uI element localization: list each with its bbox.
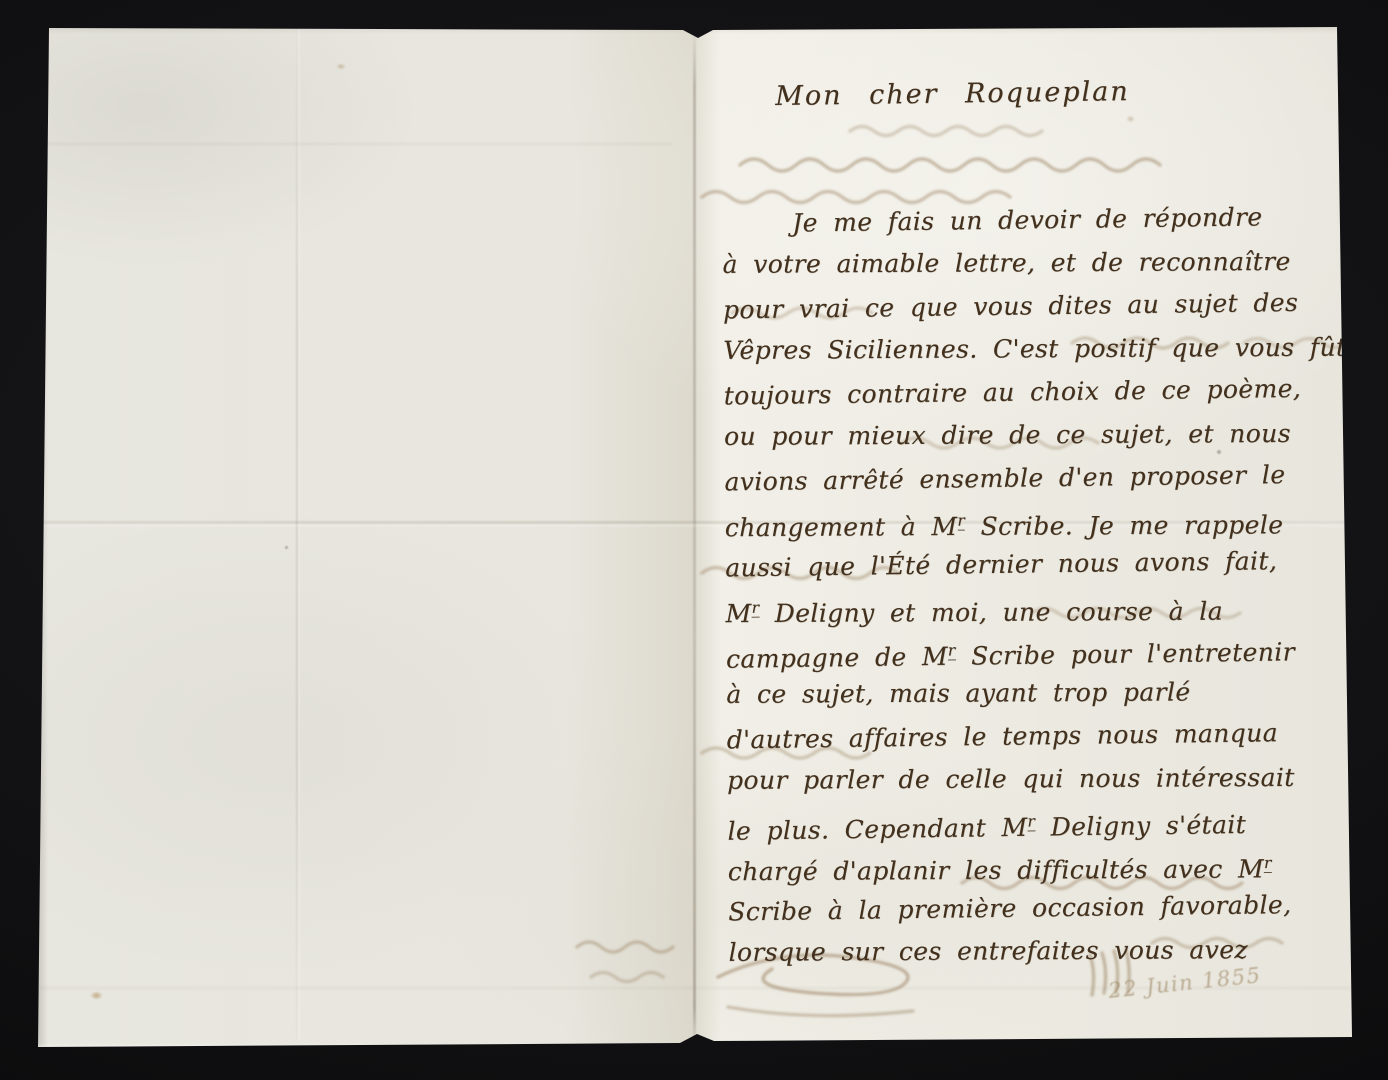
letter-salutation: Mon cher Roqueplan xyxy=(775,76,1130,112)
letter-line: avions arrêté ensemble d'en proposer le xyxy=(724,452,1376,504)
letter-line: Scribe à la première occasion favorable, xyxy=(728,882,1380,934)
letter-line: campagne de Mr Scribe pour l'entretenir xyxy=(726,624,1378,676)
letter-line: toujours contraire au choix de ce poème, xyxy=(723,366,1375,418)
letter-line: à ce sujet, mais ayant trop parlé xyxy=(726,669,1378,715)
letter-line: à votre aimable lettre, et de reconnaîtr… xyxy=(722,239,1374,285)
letter-line: pour parler de celle qui nous intéressai… xyxy=(727,755,1379,801)
letter-line: lorsque sur ces entrefaites vous avez xyxy=(728,927,1380,973)
letter-line: pour vrai ce que vous dites au sujet des xyxy=(723,280,1375,332)
letter-line: d'autres affaires le temps nous manqua xyxy=(726,710,1378,762)
letter-line: ou pour mieux dire de ce sujet, et nous xyxy=(724,411,1376,457)
letter-line: Mr Deligny et moi, une course à la xyxy=(725,583,1377,629)
letter-line: changement à Mr Scribe. Je me rappele xyxy=(725,497,1377,543)
center-fold-line xyxy=(693,25,696,1049)
letter-line: Je me fais un devoir de répondre xyxy=(722,194,1374,246)
letter-line: aussi que l'Été dernier nous avons fait, xyxy=(725,538,1377,590)
letter-body: Je me fais un devoir de répondreà votre … xyxy=(722,195,1380,975)
fold-crease-horizontal-upper xyxy=(42,143,672,145)
photo-background: Mon cher Roqueplan Je me fais un devoir … xyxy=(0,0,1388,1080)
letter-sheet: Mon cher Roqueplan Je me fais un devoir … xyxy=(38,25,1356,1049)
letter-line: le plus. Cependant Mr Deligny s'était xyxy=(727,796,1379,848)
letter-line: chargé d'aplanir les difficultés avec Mr xyxy=(728,841,1380,887)
fold-crease-vertical-left-page xyxy=(296,29,298,1041)
letter-line: Vêpres Siciliennes. C'est positif que vo… xyxy=(723,325,1375,371)
